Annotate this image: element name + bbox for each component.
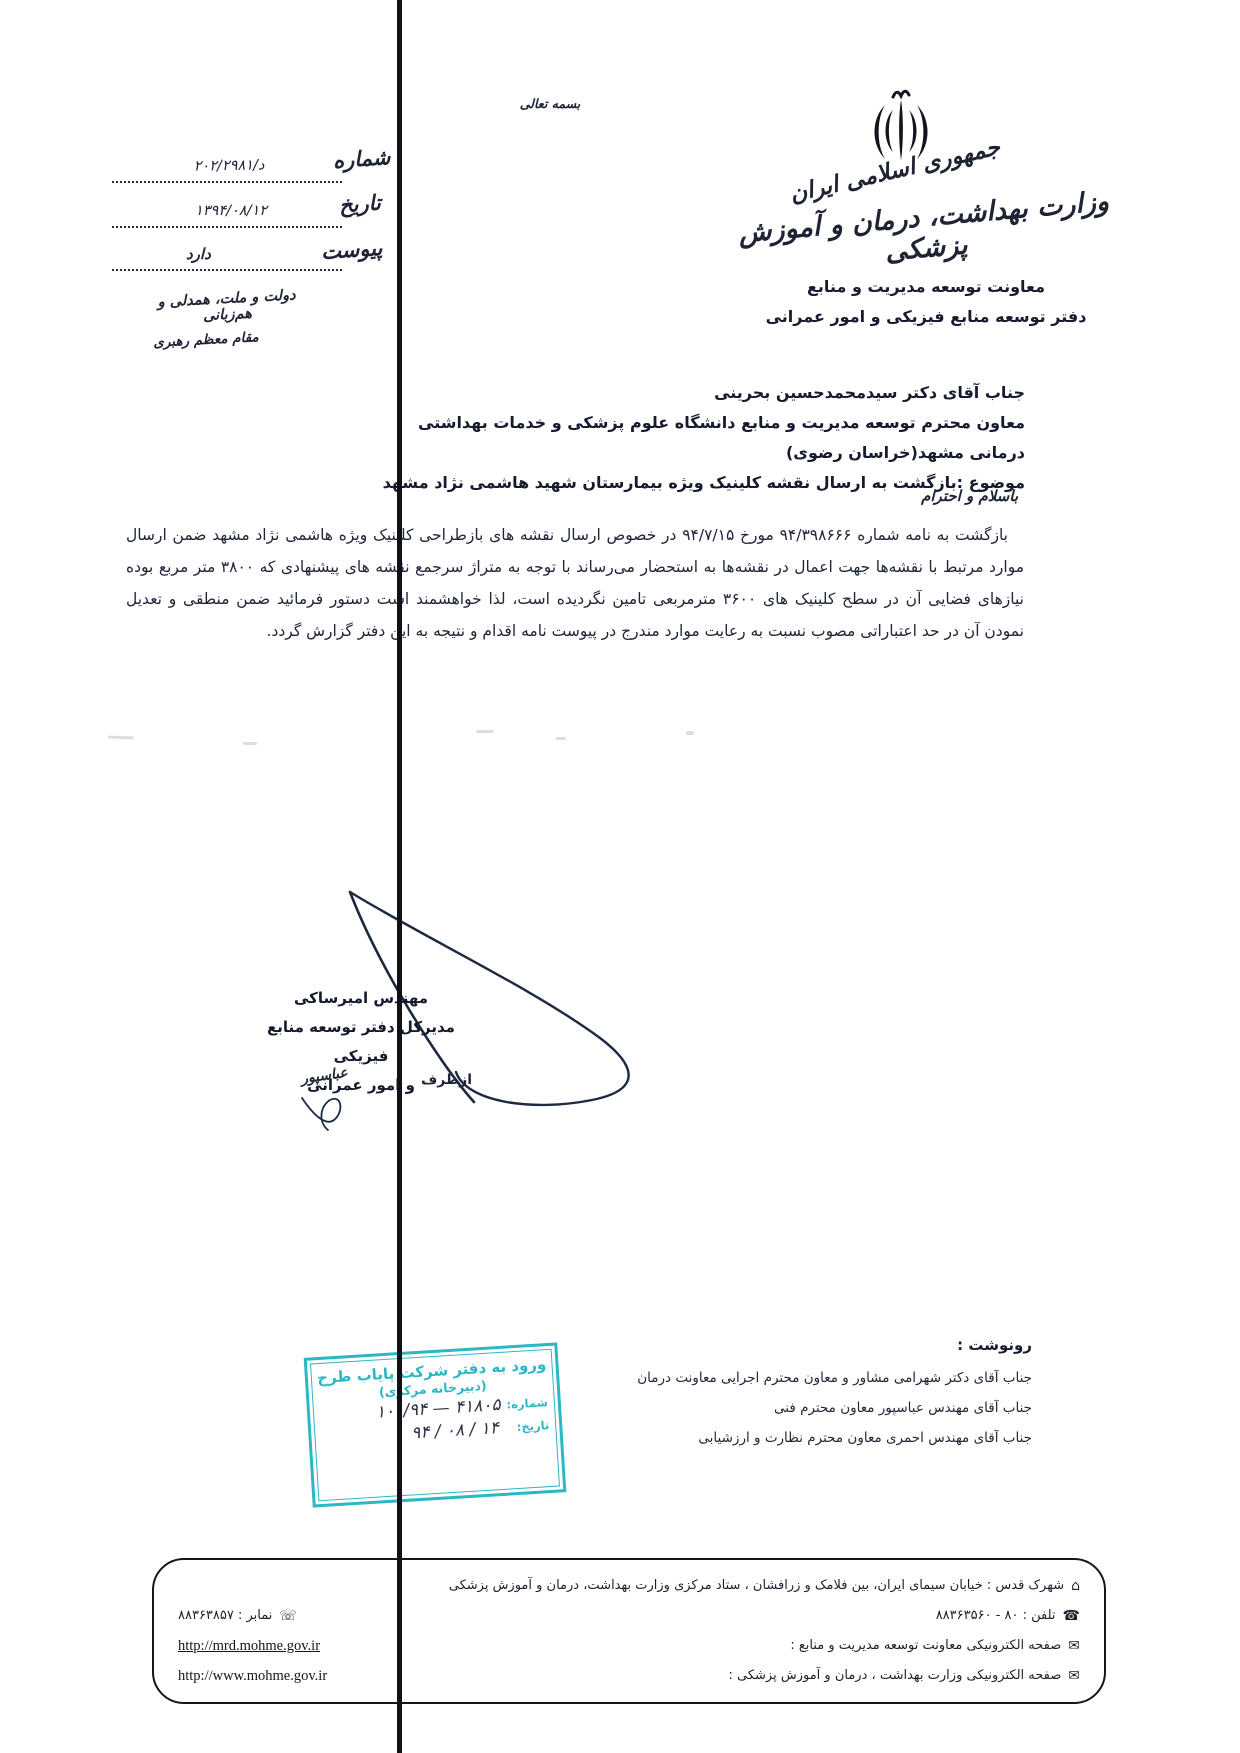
recipient-name: جناب آقای دکتر سیدمحمدحسین بحرینی	[363, 378, 1025, 408]
date-dotted-line	[112, 226, 342, 228]
letter-date-label: تاریخ	[338, 191, 381, 218]
signatory-name: مهندس امیرساکی	[242, 984, 480, 1013]
footer-box: ⌂ شهرک قدس : خیابان سیمای ایران، بین فلا…	[152, 1558, 1106, 1704]
mohme-url-link[interactable]: http://www.mohme.gov.ir	[178, 1661, 327, 1691]
number-dotted-line	[112, 181, 342, 183]
envelope-icon: ✉	[1068, 1631, 1080, 1661]
office-name: دفتر توسعه منابع فیزیکی و امور عمرانی	[745, 307, 1107, 326]
phone-text: تلفن : ۸۰ - ۸۸۳۶۳۵۶۰	[936, 1601, 1056, 1631]
stamp-number-label: شماره:	[506, 1395, 548, 1411]
attachment-value: دارد	[186, 245, 211, 263]
recipient-block: جناب آقای دکتر سیدمحمدحسین بحرینی معاون …	[363, 378, 1025, 498]
scan-noise-mark	[556, 737, 566, 740]
body-paragraph: بازگشت به نامه شماره ۹۴/۳۹۸۶۶۶ مورخ ۹۴/۷…	[126, 519, 1024, 647]
deputy-name: معاونت توسعه مدیریت و منابع	[745, 277, 1107, 296]
fax-icon: ☏	[279, 1601, 297, 1631]
envelope-icon: ✉	[1068, 1661, 1080, 1691]
scanned-letter: بسمه تعالی جمهوری اسلامی ایران وزارت بهد…	[0, 0, 1240, 1753]
scan-noise-mark	[243, 742, 257, 745]
mohme-site-line: ✉ صفحه الکترونیکی وزارت بهداشت ، درمان و…	[729, 1661, 1081, 1691]
letter-number-label: شماره	[332, 145, 391, 173]
stamp-inner-border: ورود به دفتر شرکت پایاب طرح (دبیرخانه مر…	[310, 1349, 560, 1502]
letter-date-value: ۱۳۹۴/۰۸/۱۲	[123, 203, 339, 219]
mohme-site-label: صفحه الکترونیکی وزارت بهداشت ، درمان و آ…	[729, 1661, 1062, 1691]
fax-line: ☏ نمابر : ۸۸۳۶۳۸۵۷	[178, 1601, 297, 1631]
house-icon: ⌂	[1071, 1571, 1080, 1601]
on-behalf-label: ازطرف	[421, 1072, 472, 1088]
phone-line: ☎ تلفن : ۸۰ - ۸۸۳۶۳۵۶۰	[936, 1601, 1080, 1631]
scan-noise-mark	[476, 730, 494, 733]
mrd-site-line: ✉ صفحه الکترونیکی معاونت توسعه مدیریت و …	[790, 1631, 1080, 1661]
fax-text: نمابر : ۸۸۳۶۳۸۵۷	[178, 1601, 272, 1631]
bismillah: بسمه تعالی	[493, 96, 607, 111]
slogan-attribution: مقام معظم رهبری	[150, 329, 263, 351]
phone-icon: ☎	[1063, 1601, 1080, 1631]
stamp-outer-border: ورود به دفتر شرکت پایاب طرح (دبیرخانه مر…	[304, 1342, 567, 1507]
signatory-title-line1: مدیرکل دفتر توسعه منابع فیزیکی	[242, 1013, 480, 1071]
stamp-date-value: ۹۴ / ۰۸ / ۱۴	[411, 1418, 500, 1443]
company-entry-stamp: ورود به دفتر شرکت پایاب طرح (دبیرخانه مر…	[304, 1342, 567, 1507]
scan-noise-mark	[108, 736, 134, 740]
letter-number-value: د/۲۰۲/۲۹۸۱	[123, 156, 335, 176]
year-slogan: دولت و ملت، همدلی و هم‌زبانی	[135, 286, 318, 327]
scan-noise-mark	[686, 731, 694, 735]
mrd-url-link[interactable]: http://mrd.mohme.gov.ir	[178, 1631, 320, 1661]
scan-fold-line	[397, 0, 402, 1753]
address-text: شهرک قدس : خیابان سیمای ایران، بین فلامک…	[449, 1571, 1064, 1601]
salutation: باسلام و احترام	[921, 487, 1018, 505]
attachment-dotted-line	[112, 269, 342, 271]
mrd-site-label: صفحه الکترونیکی معاونت توسعه مدیریت و من…	[790, 1631, 1061, 1661]
address-line: ⌂ شهرک قدس : خیابان سیمای ایران، بین فلا…	[449, 1571, 1080, 1601]
stamp-date-label: تاریخ:	[516, 1418, 549, 1434]
recipient-title: معاون محترم توسعه مدیریت و منابع دانشگاه…	[363, 408, 1025, 468]
attachment-label: پیوست	[320, 236, 383, 264]
